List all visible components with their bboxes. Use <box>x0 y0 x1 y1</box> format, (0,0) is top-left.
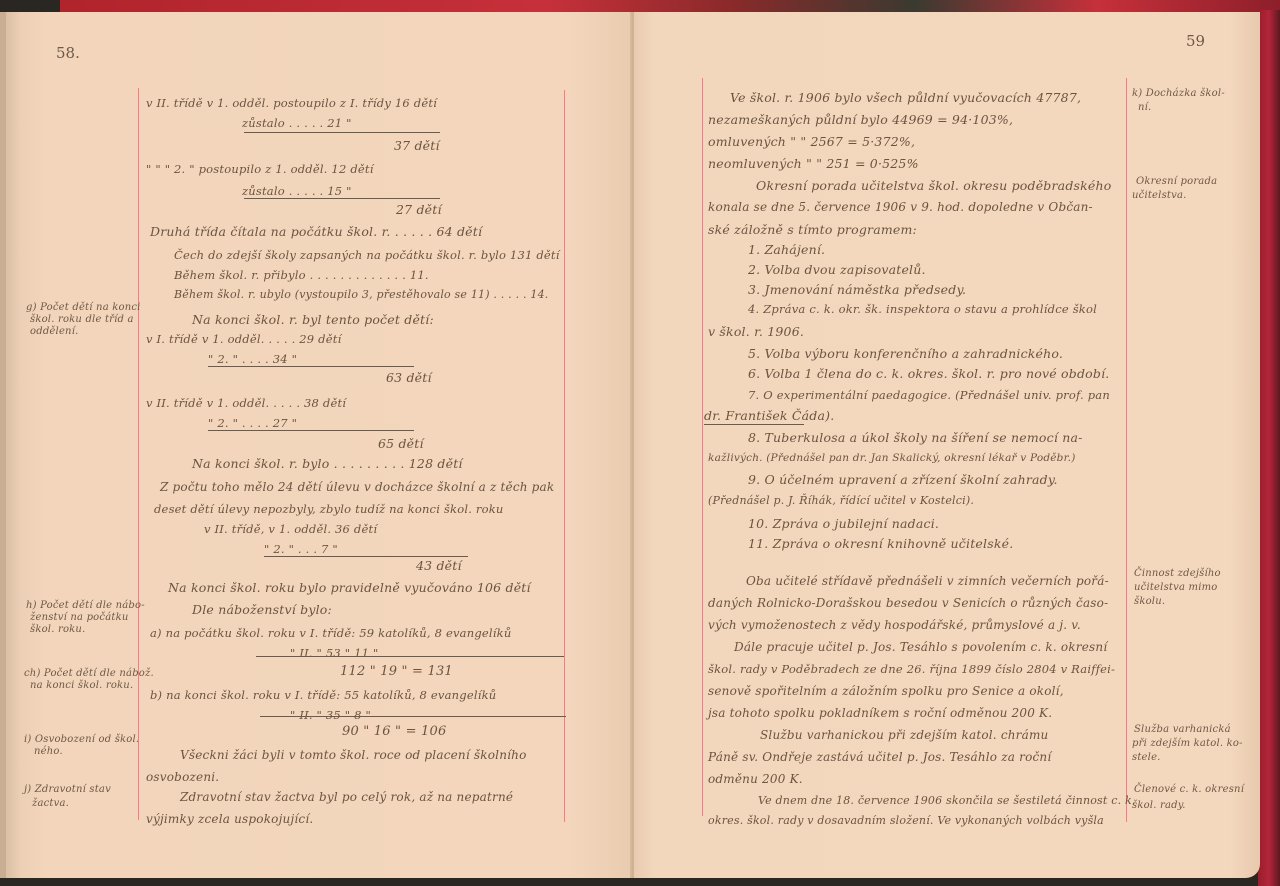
right-page: 59 k) Docházka škol- ní. Okresní porada … <box>634 12 1260 878</box>
margin-rule-right <box>1126 78 1127 822</box>
page-number: 58. <box>56 44 80 62</box>
margin-rule-right <box>564 90 565 822</box>
page-number: 59 <box>1186 32 1205 50</box>
margin-rule-left <box>702 78 703 816</box>
margin-rule-left <box>138 88 139 820</box>
book-cover-right-edge <box>1258 10 1280 886</box>
left-page: 58. g) Počet dětí na konci škol. roku dl… <box>0 12 632 878</box>
